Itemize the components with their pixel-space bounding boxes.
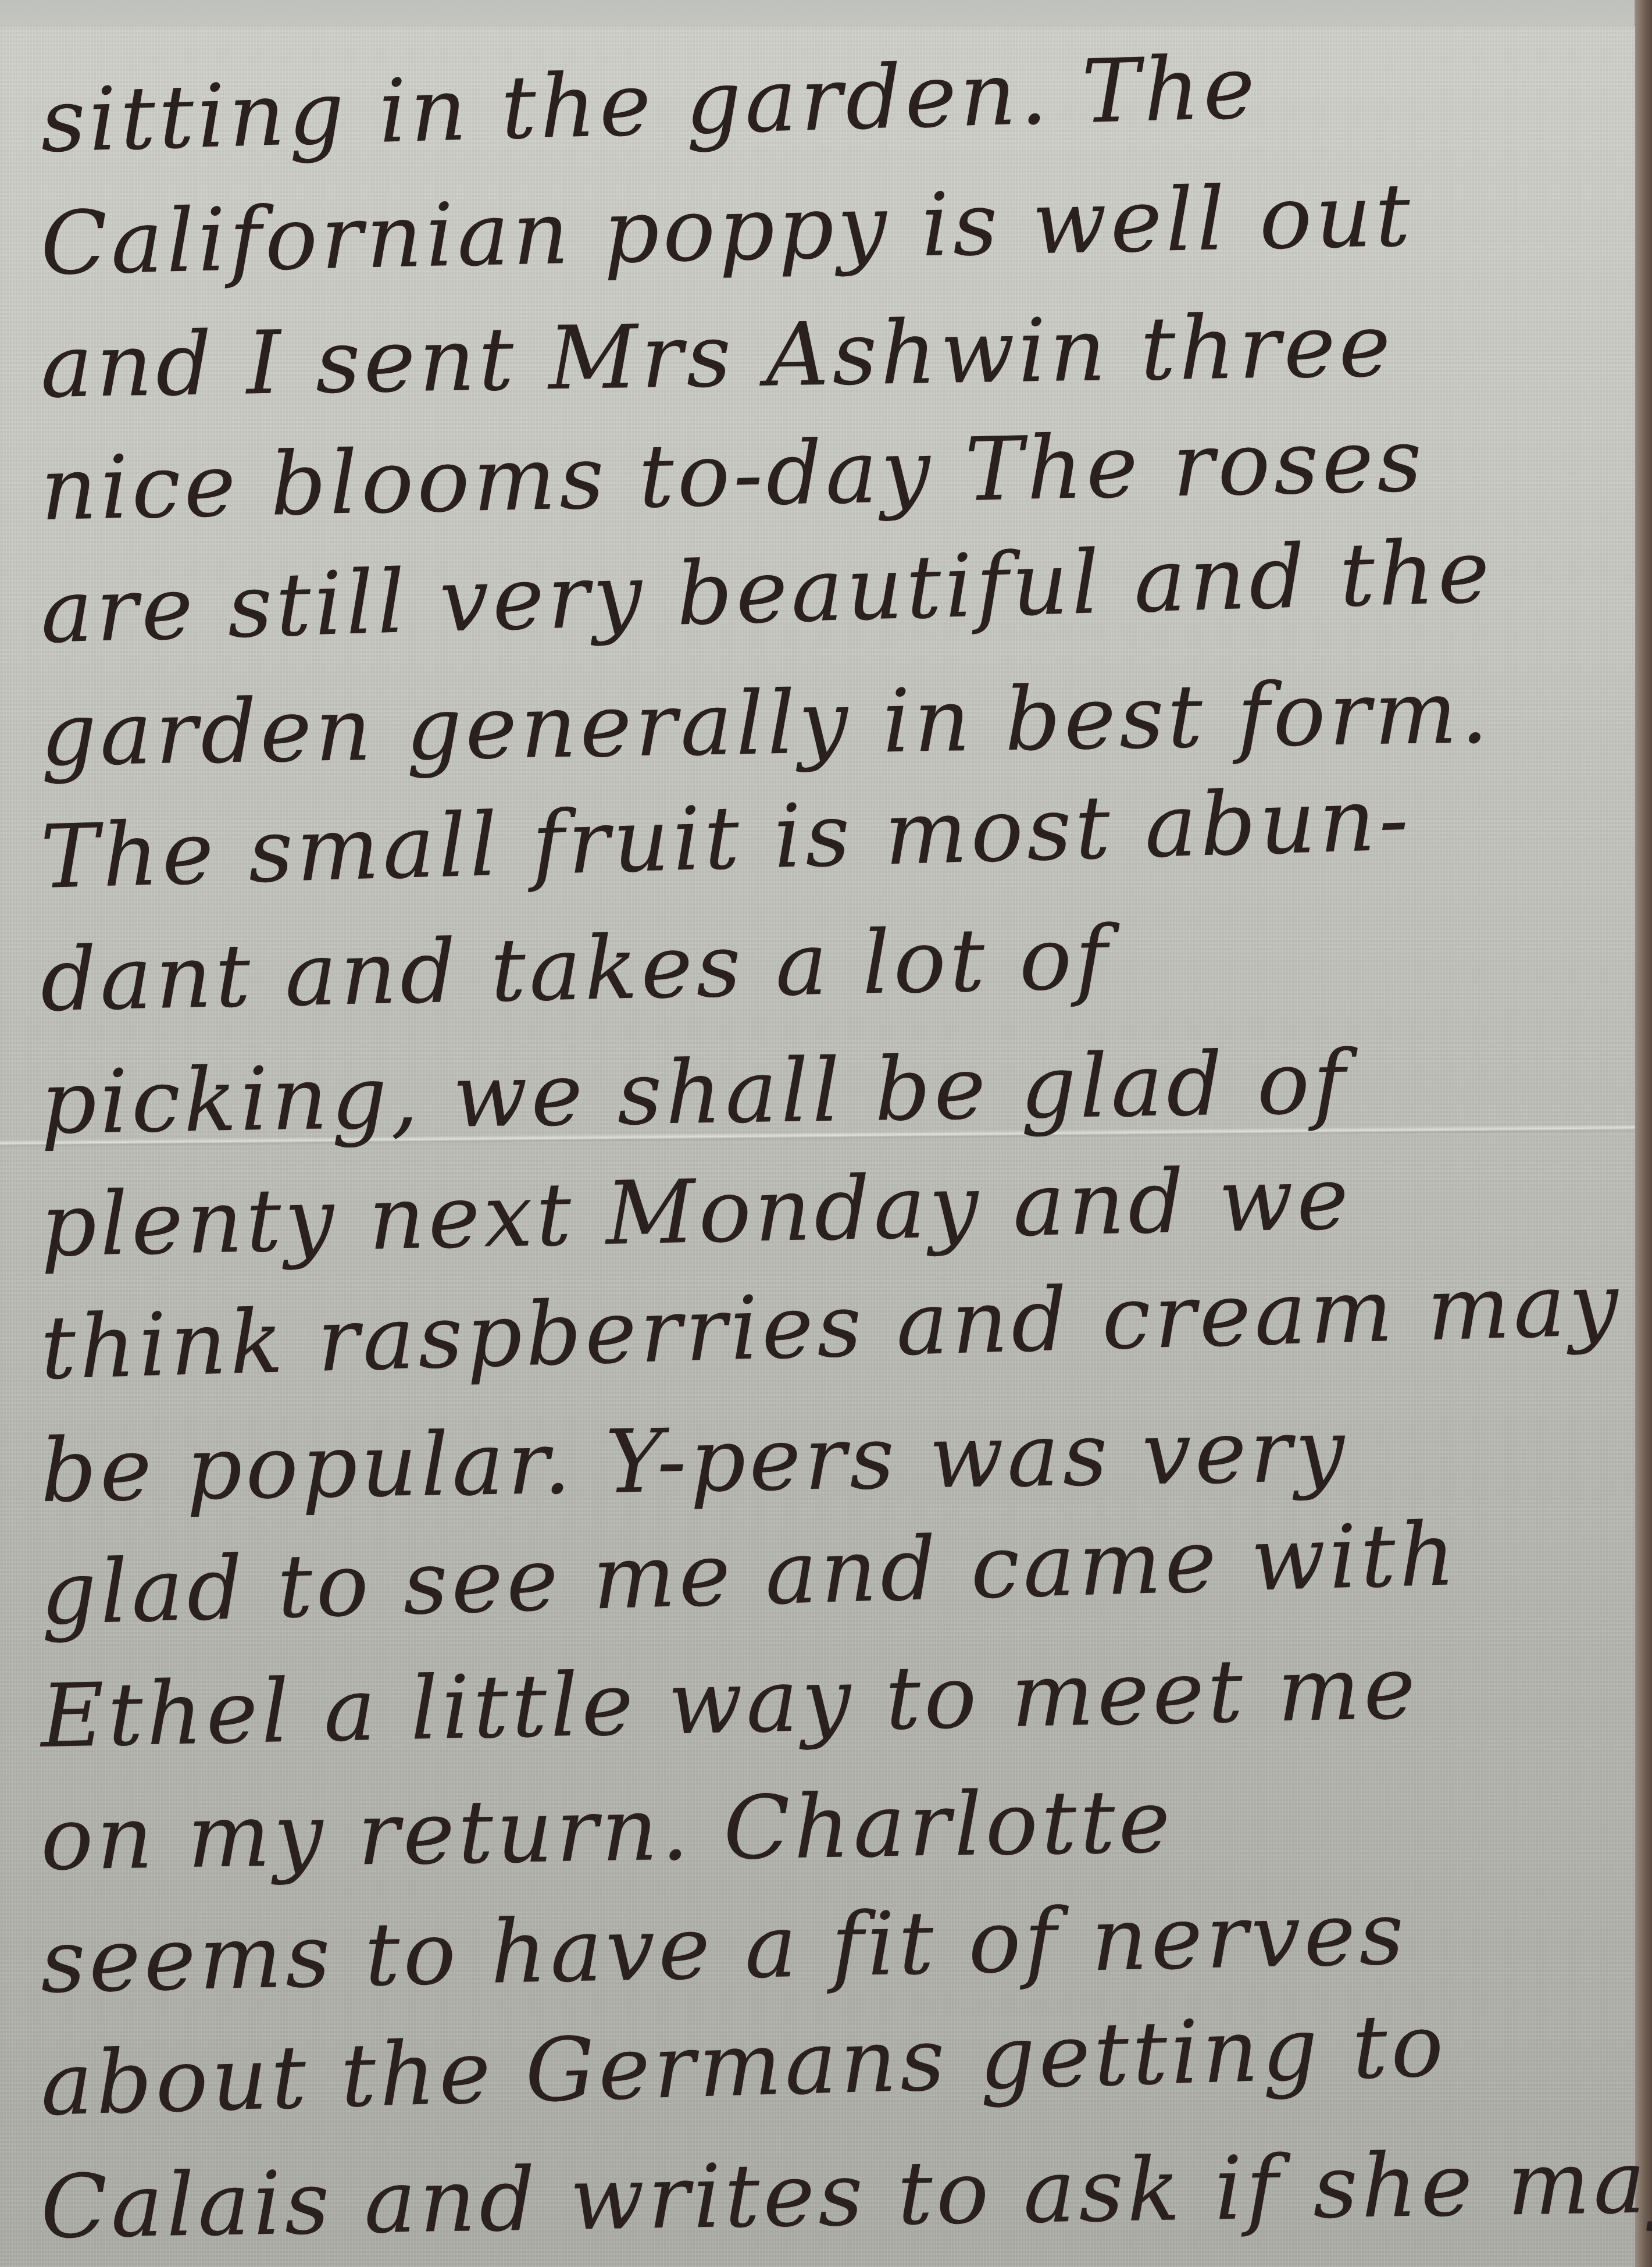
letter-body: sitting in the garden. The Californian p… <box>41 60 1611 2267</box>
letter-page: sitting in the garden. The Californian p… <box>0 26 1635 2267</box>
background-edge <box>1635 0 1652 2267</box>
letter-line: Calais and writes to ask if she may <box>40 2122 1611 2267</box>
